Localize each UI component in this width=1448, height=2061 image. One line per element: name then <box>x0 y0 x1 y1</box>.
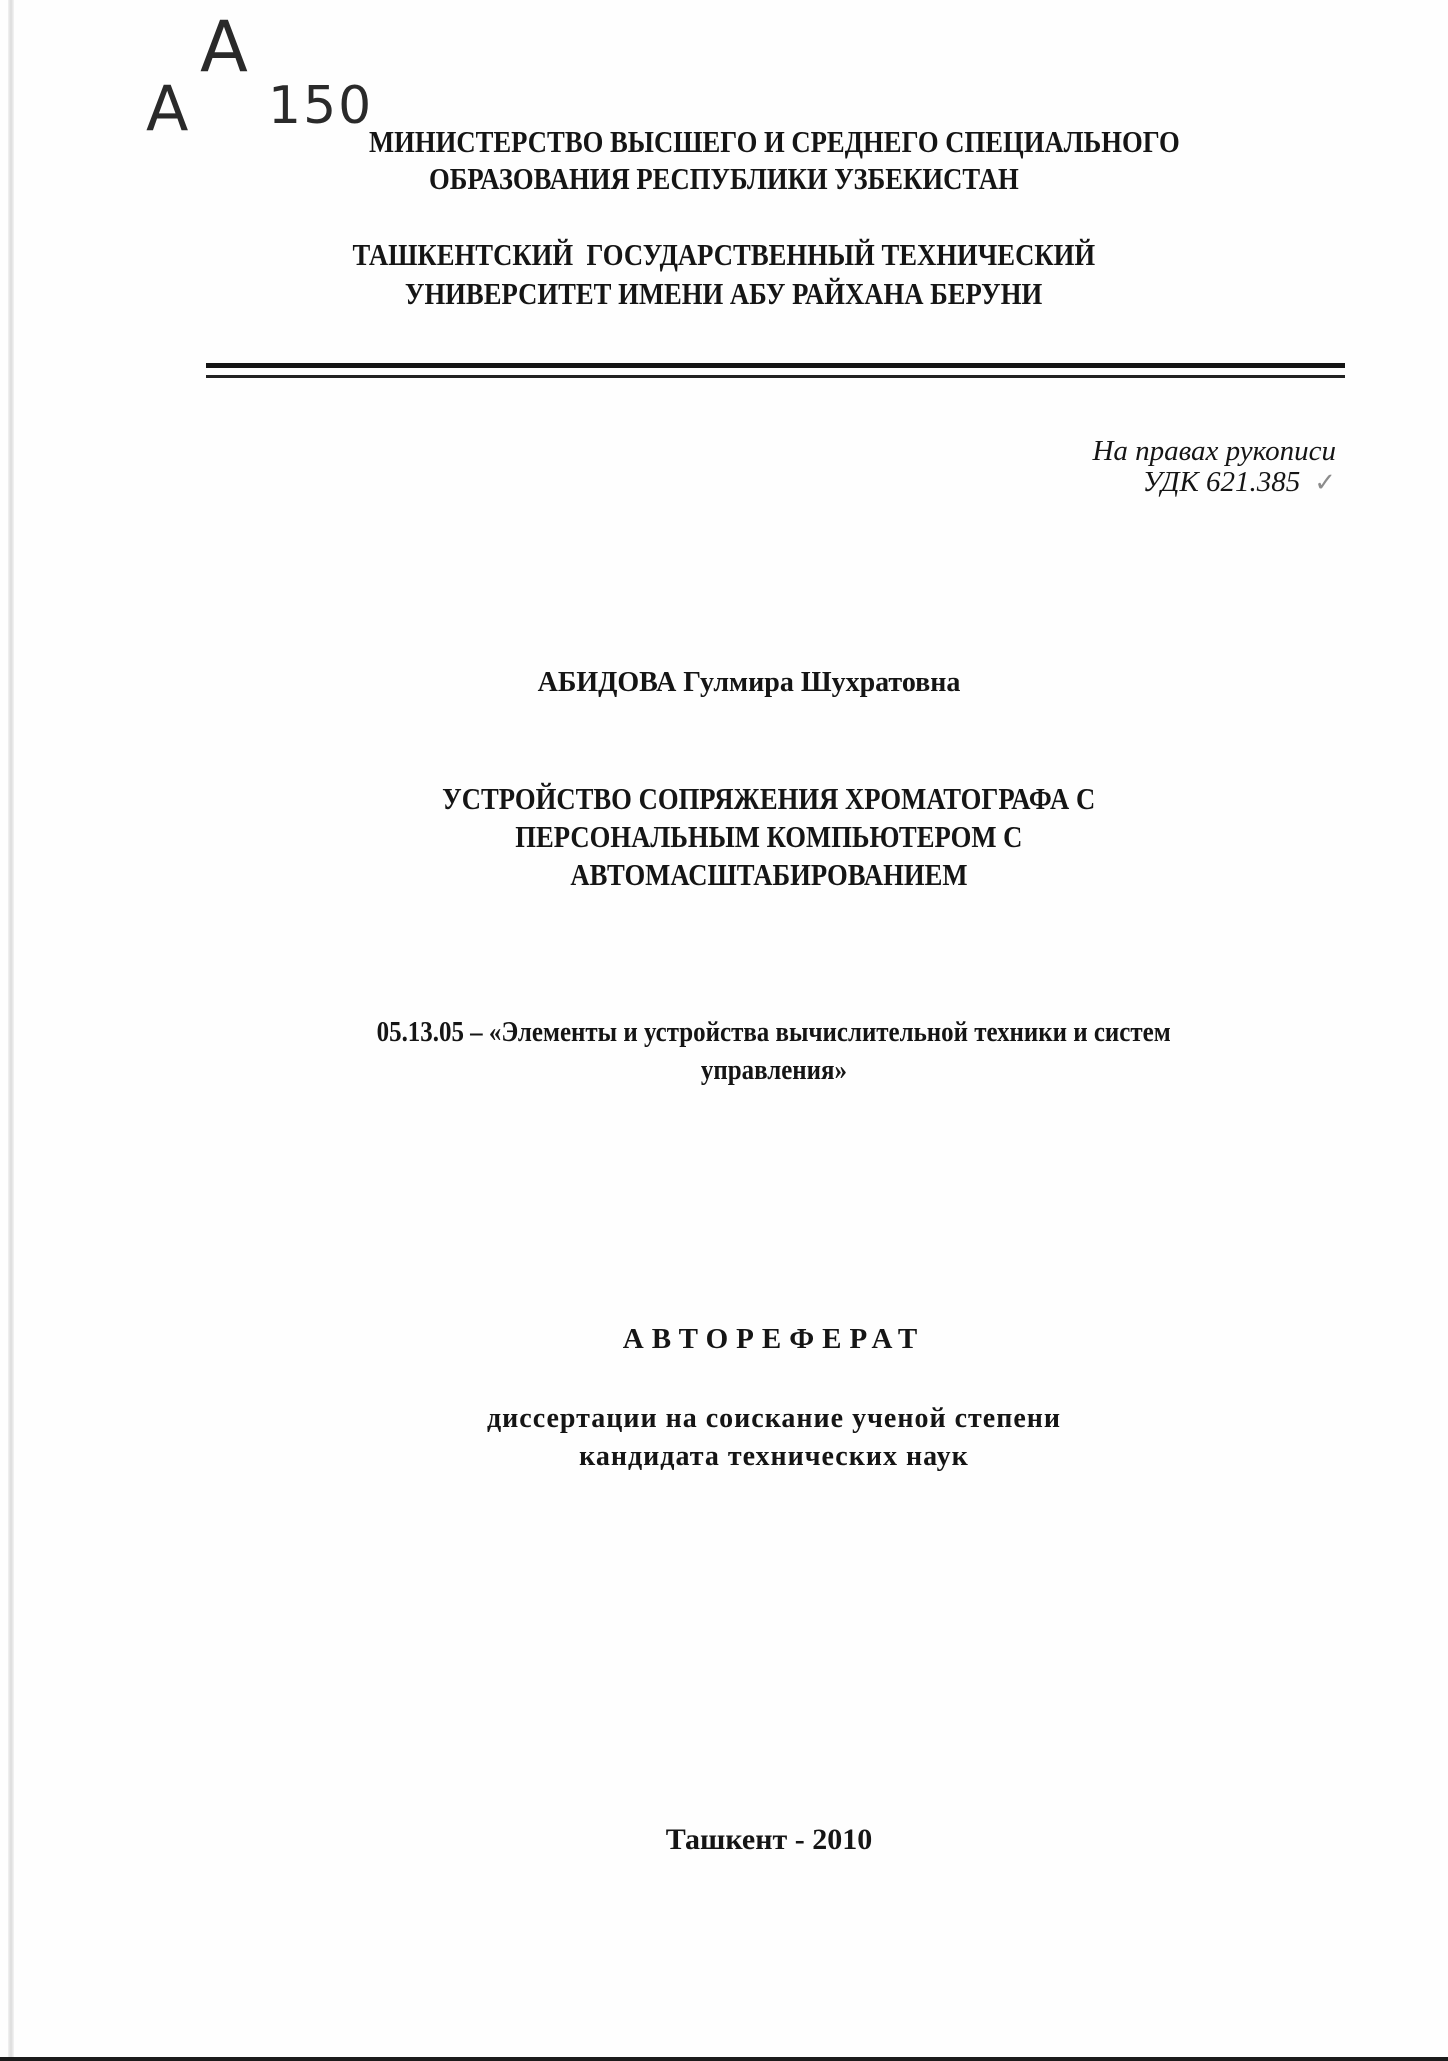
author-name: АБИДОВА Гулмира Шухратовна <box>0 669 1448 697</box>
document-type: АВТОРЕФЕРАТ <box>0 1325 1448 1354</box>
document-page: A A 150 МИНИСТЕРСТВО ВЫСШЕГО И СРЕДНЕГО … <box>0 0 1448 2061</box>
degree-line-2: кандидата технических наук <box>0 1443 1448 1471</box>
specialty-line-2: управления» <box>0 1056 1448 1085</box>
degree-line-1: диссертации на соискание ученой степени <box>0 1405 1448 1433</box>
ministry-line-1: МИНИСТЕРСТВО ВЫСШЕГО И СРЕДНЕГО СПЕЦИАЛЬ… <box>0 126 1448 157</box>
thesis-title-line-1: УСТРОЙСТВО СОПРЯЖЕНИЯ ХРОМАТОГРАФА С <box>0 783 1448 814</box>
ministry-line-2: ОБРАЗОВАНИЯ РЕСПУБЛИКИ УЗБЕКИСТАН <box>0 163 1448 194</box>
university-line-2: УНИВЕРСИТЕТ ИМЕНИ АБУ РАЙХАНА БЕРУНИ <box>0 278 1448 309</box>
udc-code: УДК 621.385 <box>1143 466 1301 498</box>
handwritten-mark-number: 150 <box>268 80 373 132</box>
header-rule-thin <box>206 375 1345 378</box>
page-bottom-edge <box>0 2057 1448 2061</box>
university-line-1: ТАШКЕНТСКИЙ ГОСУДАРСТВЕННЫЙ ТЕХНИЧЕСКИЙ <box>0 239 1448 270</box>
specialty-line-1: 05.13.05 – «Элементы и устройства вычисл… <box>0 1018 1448 1047</box>
check-icon: ✓ <box>1314 468 1336 497</box>
thesis-title-line-3: АВТОМАСШТАБИРОВАНИЕМ <box>0 859 1448 890</box>
manuscript-note: На правах рукописи <box>1092 437 1336 466</box>
thesis-title-line-2: ПЕРСОНАЛЬНЫМ КОМПЬЮТЕРОМ С <box>0 821 1448 852</box>
header-rule-thick <box>206 363 1345 368</box>
udc-line: УДК 621.385✓ <box>1143 468 1336 497</box>
city-year: Ташкент - 2010 <box>0 1825 1448 1855</box>
handwritten-mark-top: A <box>200 12 248 82</box>
